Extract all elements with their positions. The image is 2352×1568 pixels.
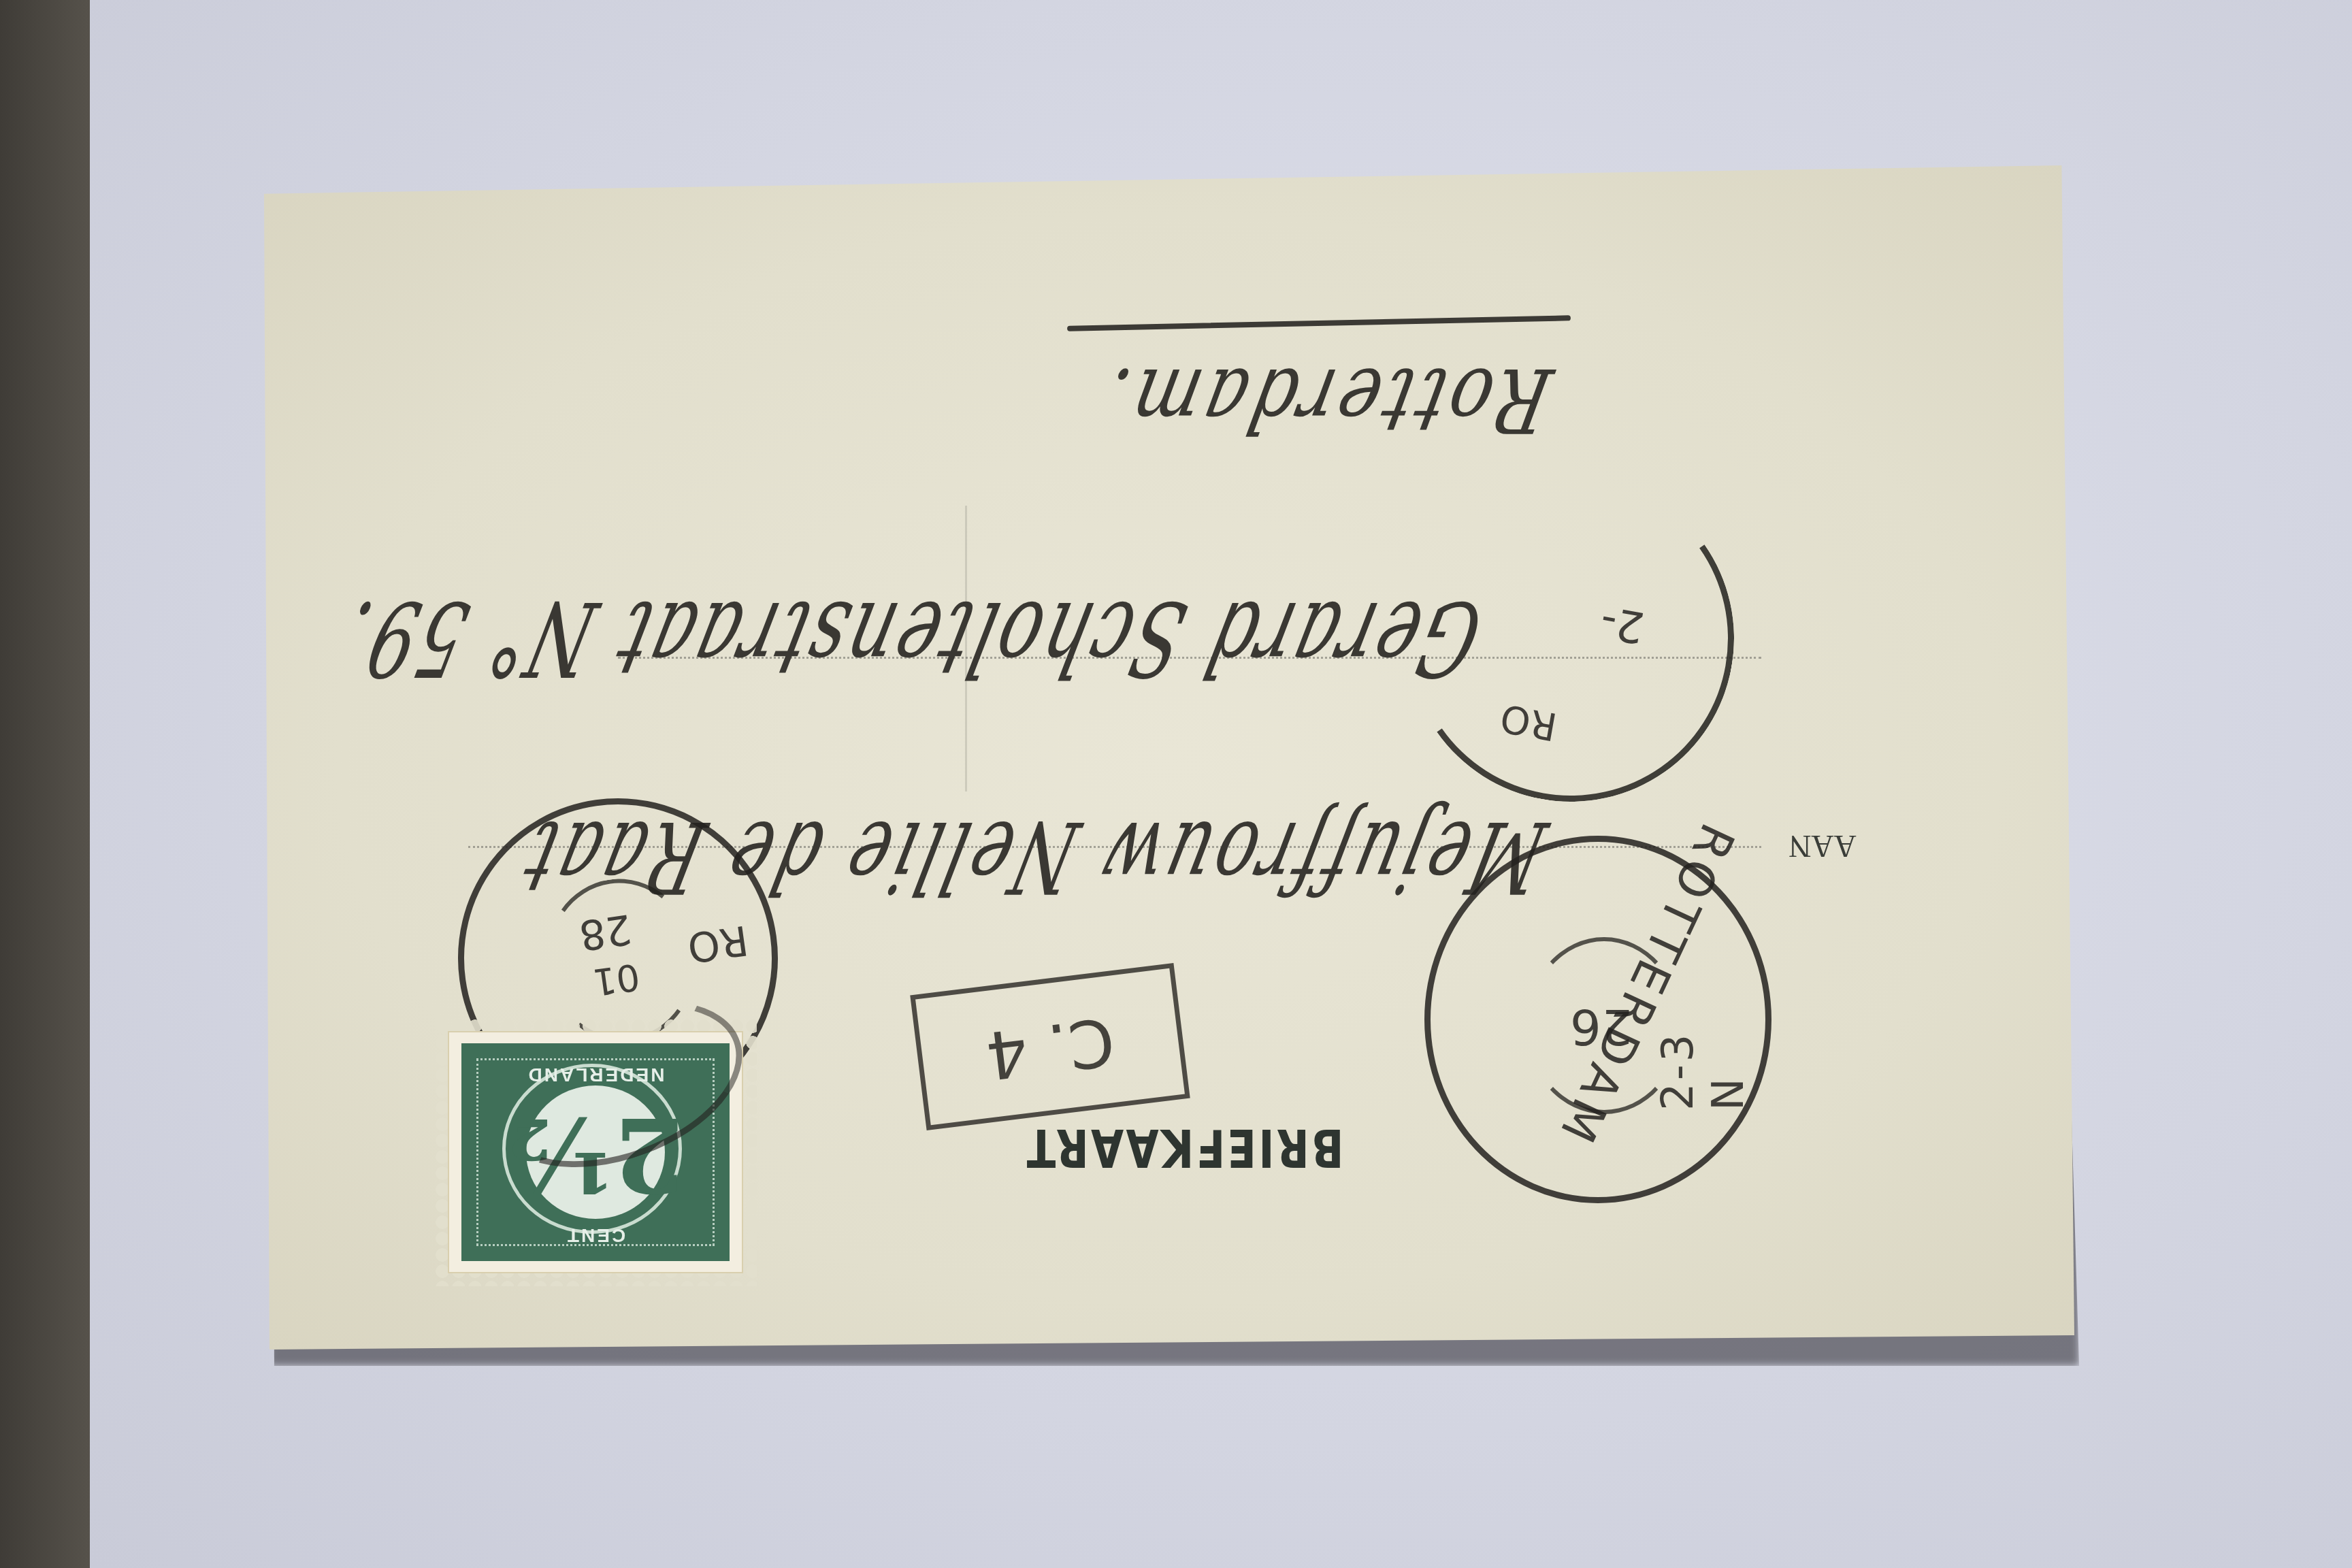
dark-edge-strip: [0, 0, 90, 1568]
address-label: AAN: [1768, 829, 1877, 863]
box-cancel-mark: C. 4: [910, 963, 1190, 1130]
stamp-unit: CENT: [461, 1224, 730, 1246]
rotterdam-postmark: ROTTERDAM 26 2-3 N: [1424, 836, 1771, 1203]
city-underline: [1067, 315, 1571, 331]
handwritten-street: Gerard Scholtenstraat N° 59.: [284, 555, 1537, 723]
upper-partial-postmark: 2- RO: [1382, 449, 1760, 828]
briefkaart-title: BRIEFKAART: [994, 1120, 1374, 1175]
postcard: Rotterdam. Gerard Scholtenstraat N° 59. …: [264, 165, 2074, 1350]
handwritten-city: Rotterdam.: [1036, 349, 1616, 451]
